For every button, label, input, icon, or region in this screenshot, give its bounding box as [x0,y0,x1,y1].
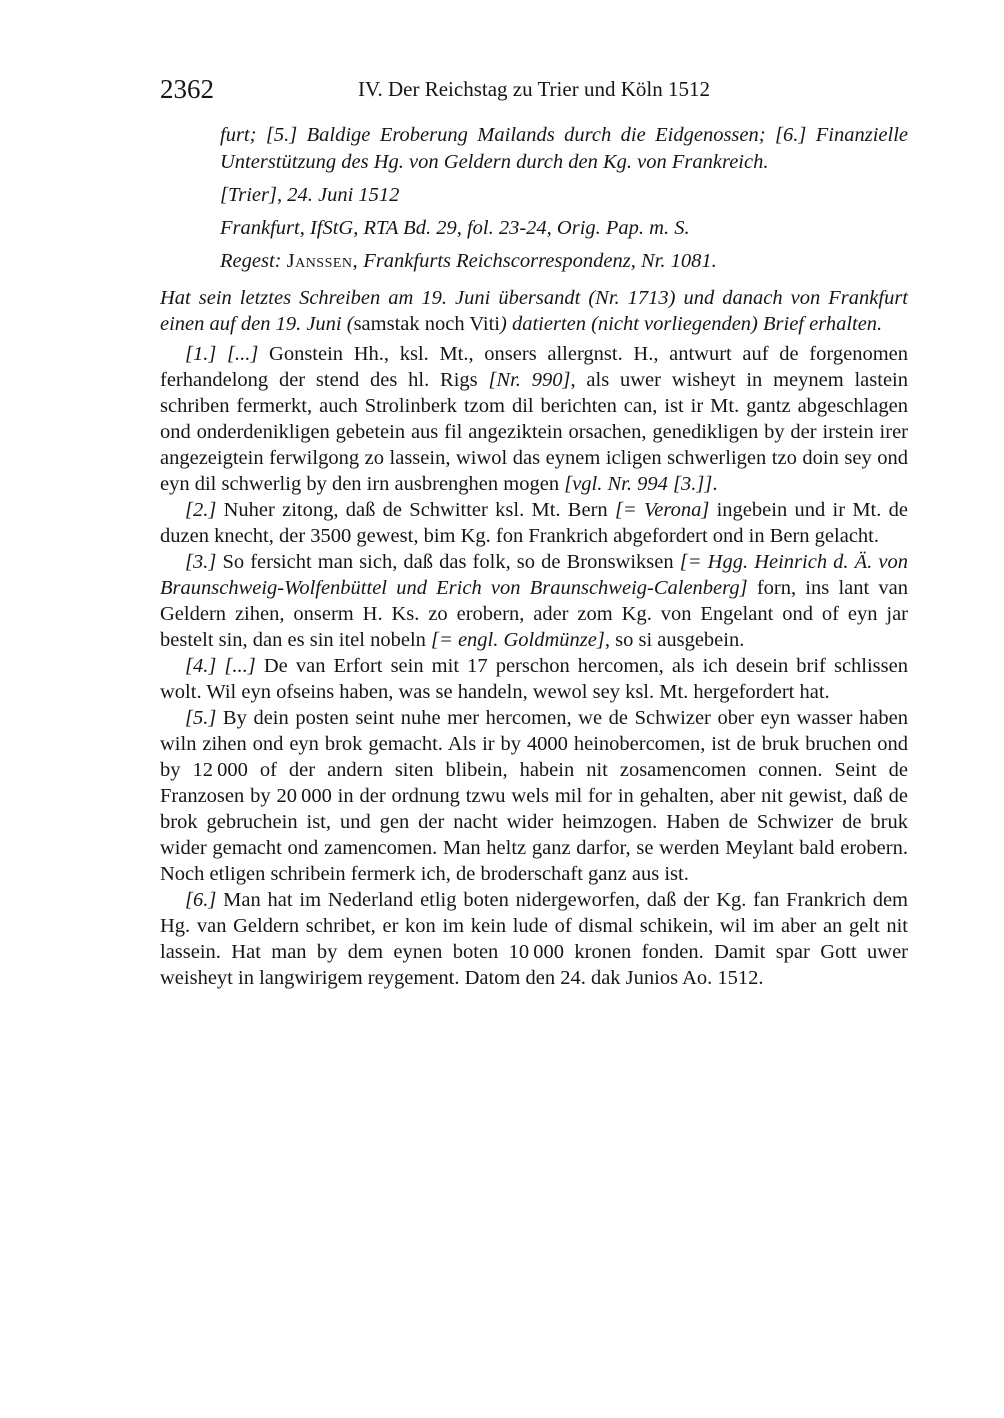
text-segment: So fersicht man sich, daß das folk, so d… [216,551,679,573]
summary-continuation: furt; [5.] Baldige Eroberung Mailands du… [220,122,908,176]
body-paragraph-6: [6.] Man hat im Nederland etlig boten ni… [160,887,908,991]
text-segment: [= engl. Goldmünze] [431,629,605,651]
text-segment: Man hat im Nederland etlig boten niderge… [160,889,908,989]
dateline: [Trier], 24. Juni 1512 [220,182,908,209]
body-paragraph-1: [1.] [...] Gonstein Hh., ksl. Mt., onser… [160,341,908,497]
text-segment: [2.] [185,499,216,521]
source-line: Frankfurt, IfStG, RTA Bd. 29, fol. 23-24… [220,215,908,242]
text-segment: [= Verona] [615,499,709,521]
text-segment: Regest: [220,250,287,272]
text-segment: Janssen, [287,250,359,272]
document-head: furt; [5.] Baldige Eroberung Mailands du… [160,122,908,275]
text-segment: [5.] [185,707,216,729]
text-segment: Frankfurts Reichscorrespondenz, Nr. 1081… [358,250,717,272]
text-segment: [4.] [...] [185,655,256,677]
text-segment: [3.] [185,551,216,573]
regest-paragraph: Hat sein letztes Schreiben am 19. Juni ü… [160,285,908,337]
regest-reference: Regest: Janssen, Frankfurts Reichscorres… [220,248,908,275]
text-segment: ) datierten (nicht vorliegenden) Brief e… [500,313,882,335]
text-segment: De van Erfort sein mit 17 perschon herco… [160,655,908,703]
body-paragraph-4: [4.] [...] De van Erfort sein mit 17 per… [160,653,908,705]
body-paragraph-3: [3.] So fersicht man sich, daß das folk,… [160,549,908,653]
text-segment: [1.] [...] [185,343,258,365]
letter-body: [1.] [...] Gonstein Hh., ksl. Mt., onser… [160,341,908,991]
text-segment: . [712,473,717,495]
text-segment: samstak noch Viti [354,313,500,335]
page-number: 2362 [160,74,214,104]
text-segment: [Nr. 990] [488,369,570,391]
text-segment: By dein posten seint nuhe mer hercomen, … [160,707,908,885]
book-page: 2362 IV. Der Reichstag zu Trier und Köln… [0,0,1004,1418]
text-segment: [vgl. Nr. 994 [3.]] [564,473,712,495]
running-header-title: IV. Der Reichstag zu Trier und Köln 1512 [160,74,908,104]
text-segment: Nuher zitong, daß de Schwitter ksl. Mt. … [216,499,615,521]
text-segment: [6.] [185,889,216,911]
body-paragraph-5: [5.] By dein posten seint nuhe mer herco… [160,705,908,887]
text-segment: , so si ausgebein. [605,629,745,651]
regest-summary: Hat sein letztes Schreiben am 19. Juni ü… [160,285,908,337]
body-paragraph-2: [2.] Nuher zitong, daß de Schwitter ksl.… [160,497,908,549]
text-block: 2362 IV. Der Reichstag zu Trier und Köln… [160,74,908,991]
running-head: 2362 IV. Der Reichstag zu Trier und Köln… [160,74,908,104]
